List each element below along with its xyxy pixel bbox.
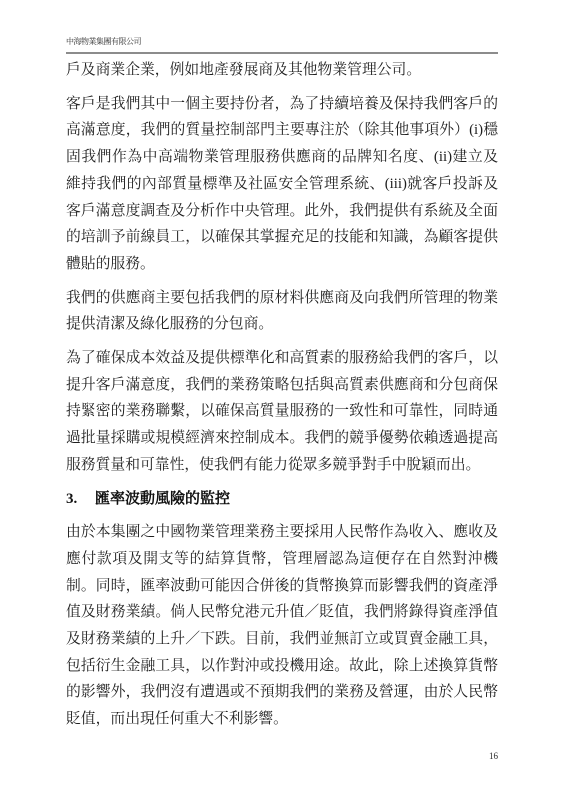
page-footer: 16 [66, 746, 498, 764]
document-page: 中海物業集團有限公司 戶及商業企業，例如地產發展商及其他物業管理公司。 客戶是我… [0, 0, 565, 800]
body-paragraph: 客戶是我們其中一個主要持份者，為了持續培養及保持我們客戶的高滿意度，我們的質量控… [66, 91, 498, 278]
page-number: 16 [489, 751, 498, 761]
body-paragraph: 戶及商業企業，例如地產發展商及其他物業管理公司。 [66, 57, 498, 84]
section-heading: 3. 匯率波動風險的監控 [66, 486, 498, 513]
body-paragraph: 由於本集團之中國物業管理業務主要採用人民幣作為收入、應收及應付款項及開支等的結算… [66, 519, 498, 733]
document-body: 戶及商業企業，例如地產發展商及其他物業管理公司。 客戶是我們其中一個主要持份者，… [66, 57, 498, 740]
company-name: 中海物業集團有限公司 [66, 37, 498, 46]
section-title: 匯率波動風險的監控 [95, 486, 498, 513]
body-paragraph: 我們的供應商主要包括我們的原材料供應商及向我們所管理的物業提供清潔及綠化服務的分… [66, 285, 498, 338]
page-header: 中海物業集團有限公司 [66, 37, 498, 54]
section-number: 3. [66, 486, 95, 513]
body-paragraph: 為了確保成本效益及提供標準化和高質素的服務給我們的客戶，以提升客戶滿意度，我們的… [66, 345, 498, 479]
